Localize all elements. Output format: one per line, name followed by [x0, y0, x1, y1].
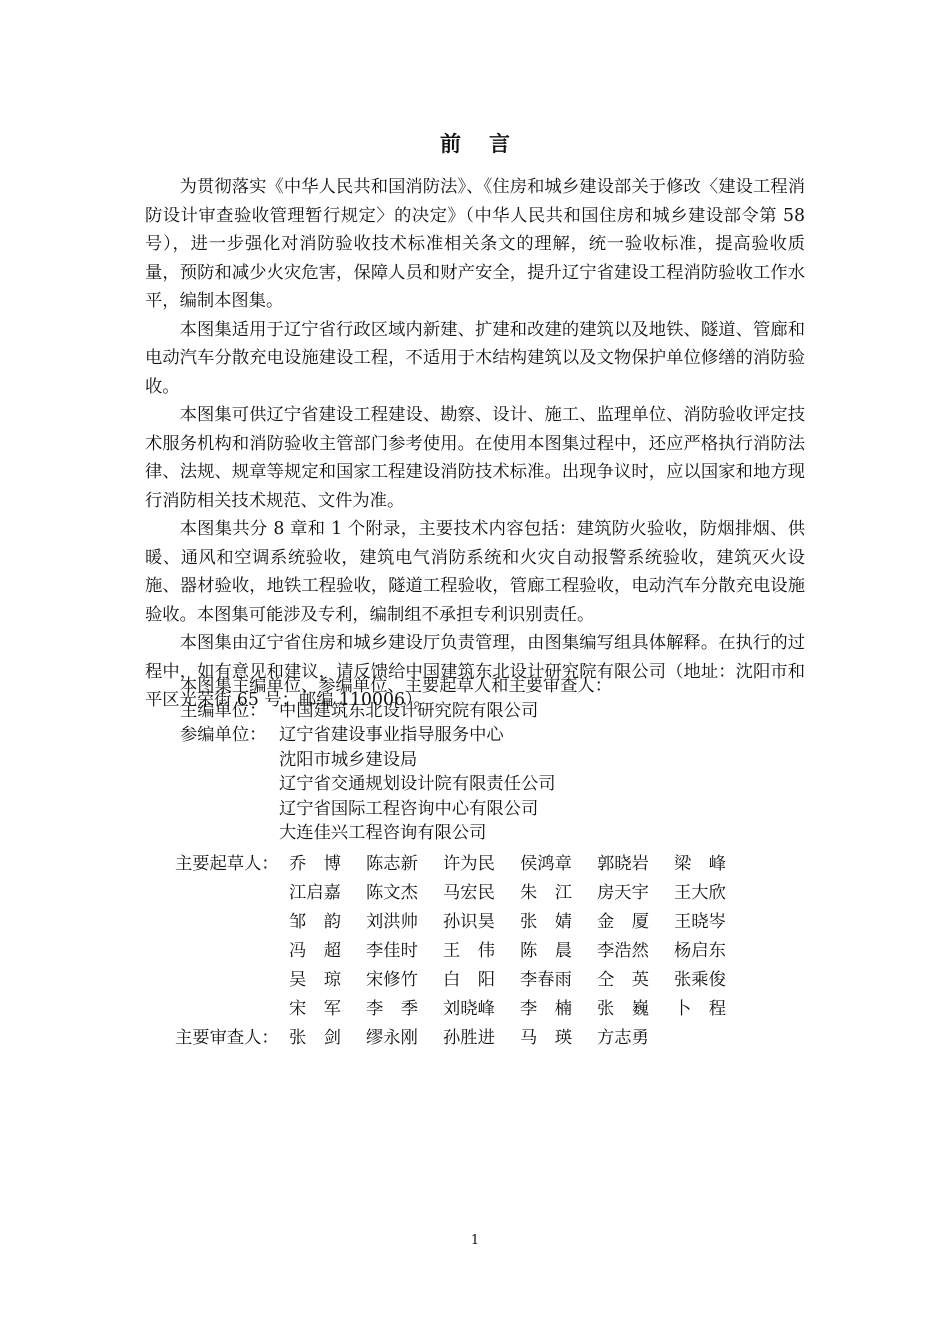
page-title: 前言: [0, 128, 950, 158]
person-name: 梁峰: [674, 849, 726, 874]
drafters-row: 宋军李季刘晓峰李楠张巍卜程: [175, 992, 775, 1021]
person-name: 杨启东: [674, 936, 726, 961]
person-name: 吴琼: [289, 965, 341, 990]
co-editor: 辽宁省交通规划设计院有限责任公司: [180, 772, 800, 797]
person-name: 方志勇: [597, 1023, 649, 1048]
person-name: 孙胜进: [443, 1023, 495, 1048]
person-name: 缪永刚: [366, 1023, 418, 1048]
person-name: 马宏民: [443, 878, 495, 903]
co-editor: 辽宁省建设事业指导服务中心: [279, 725, 504, 745]
chief-editor: 中国建筑东北设计研究院有限公司: [279, 701, 538, 721]
person-name: 卜程: [674, 994, 726, 1019]
paragraph: 本图集适用于辽宁省行政区域内新建、扩建和改建的建筑以及地铁、隧道、管廊和电动汽车…: [145, 316, 805, 402]
person-name: 李季: [366, 994, 418, 1019]
person-name: 张巍: [597, 994, 649, 1019]
person-name: 白阳: [443, 965, 495, 990]
reviewers-label: 主要审查人：: [175, 1023, 289, 1048]
document-page: 前言 为贯彻落实《中华人民共和国消防法》、《住房和城乡建设部关于修改〈建设工程消…: [0, 0, 950, 1344]
co-editor: 辽宁省国际工程咨询中心有限公司: [180, 797, 800, 822]
person-name: 张剑: [289, 1023, 341, 1048]
person-name: 金厦: [597, 907, 649, 932]
person-name: 江启嘉: [289, 878, 341, 903]
person-name: 仝英: [597, 965, 649, 990]
drafters-row: 邹韵刘洪帅孙识昊张婧金厦王晓岑: [175, 905, 775, 934]
names-table: 主要起草人：乔博陈志新许为民侯鸿章郭晓岩梁峰江启嘉陈文杰马宏民朱江房天宇王大欣邹…: [175, 847, 775, 1050]
person-name: 乔博: [289, 849, 341, 874]
reviewers-row: 主要审查人：张剑缪永刚孙胜进马瑛方志勇: [175, 1021, 775, 1050]
person-name: 郭晓岩: [597, 849, 649, 874]
co-editor-line: 参编单位：辽宁省建设事业指导服务中心: [180, 723, 800, 748]
paragraph: 本图集可供辽宁省建设工程建设、勘察、设计、施工、监理单位、消防验收评定技术服务机…: [145, 401, 805, 515]
person-name: 宋修竹: [366, 965, 418, 990]
drafters-row: 冯超李佳时王伟陈晨李浩然杨启东: [175, 934, 775, 963]
person-name: 王大欣: [674, 878, 726, 903]
person-name: 马瑛: [520, 1023, 572, 1048]
drafters-row: 吴琼宋修竹白阳李春雨仝英张乘俊: [175, 963, 775, 992]
credits-section: 本图集主编单位、参编单位、主要起草人和主要审查人： 主编单位：中国建筑东北设计研…: [180, 674, 800, 846]
credits-intro: 本图集主编单位、参编单位、主要起草人和主要审查人：: [180, 674, 800, 699]
person-name: 张乘俊: [674, 965, 726, 990]
co-editor: 大连佳兴工程咨询有限公司: [180, 821, 800, 846]
paragraph: 本图集共分 8 章和 1 个附录，主要技术内容包括：建筑防火验收，防烟排烟、供暖…: [145, 515, 805, 629]
person-name: 冯超: [289, 936, 341, 961]
person-name: 李浩然: [597, 936, 649, 961]
person-name: 王晓岑: [674, 907, 726, 932]
person-name: 邹韵: [289, 907, 341, 932]
page-number: 1: [0, 1233, 950, 1248]
chief-editor-line: 主编单位：中国建筑东北设计研究院有限公司: [180, 699, 800, 724]
person-name: 李春雨: [520, 965, 572, 990]
drafters-row: 江启嘉陈文杰马宏民朱江房天宇王大欣: [175, 876, 775, 905]
person-name: 宋军: [289, 994, 341, 1019]
co-editors-label: 参编单位：: [180, 723, 279, 748]
person-name: 陈晨: [520, 936, 572, 961]
drafters-label: 主要起草人：: [175, 849, 289, 874]
person-name: 张婧: [520, 907, 572, 932]
chief-editor-label: 主编单位：: [180, 699, 279, 724]
person-name: 朱江: [520, 878, 572, 903]
drafters-row: 主要起草人：乔博陈志新许为民侯鸿章郭晓岩梁峰: [175, 847, 775, 876]
person-name: 许为民: [443, 849, 495, 874]
person-name: 孙识昊: [443, 907, 495, 932]
person-name: 王伟: [443, 936, 495, 961]
person-name: 刘洪帅: [366, 907, 418, 932]
person-name: 陈文杰: [366, 878, 418, 903]
co-editor: 沈阳市城乡建设局: [180, 748, 800, 773]
person-name: 李佳时: [366, 936, 418, 961]
person-name: 陈志新: [366, 849, 418, 874]
person-name: 房天宇: [597, 878, 649, 903]
preface-body: 为贯彻落实《中华人民共和国消防法》、《住房和城乡建设部关于修改〈建设工程消防设计…: [145, 173, 805, 715]
paragraph: 为贯彻落实《中华人民共和国消防法》、《住房和城乡建设部关于修改〈建设工程消防设计…: [145, 173, 805, 316]
person-name: 李楠: [520, 994, 572, 1019]
person-name: 侯鸿章: [520, 849, 572, 874]
person-name: 刘晓峰: [443, 994, 495, 1019]
